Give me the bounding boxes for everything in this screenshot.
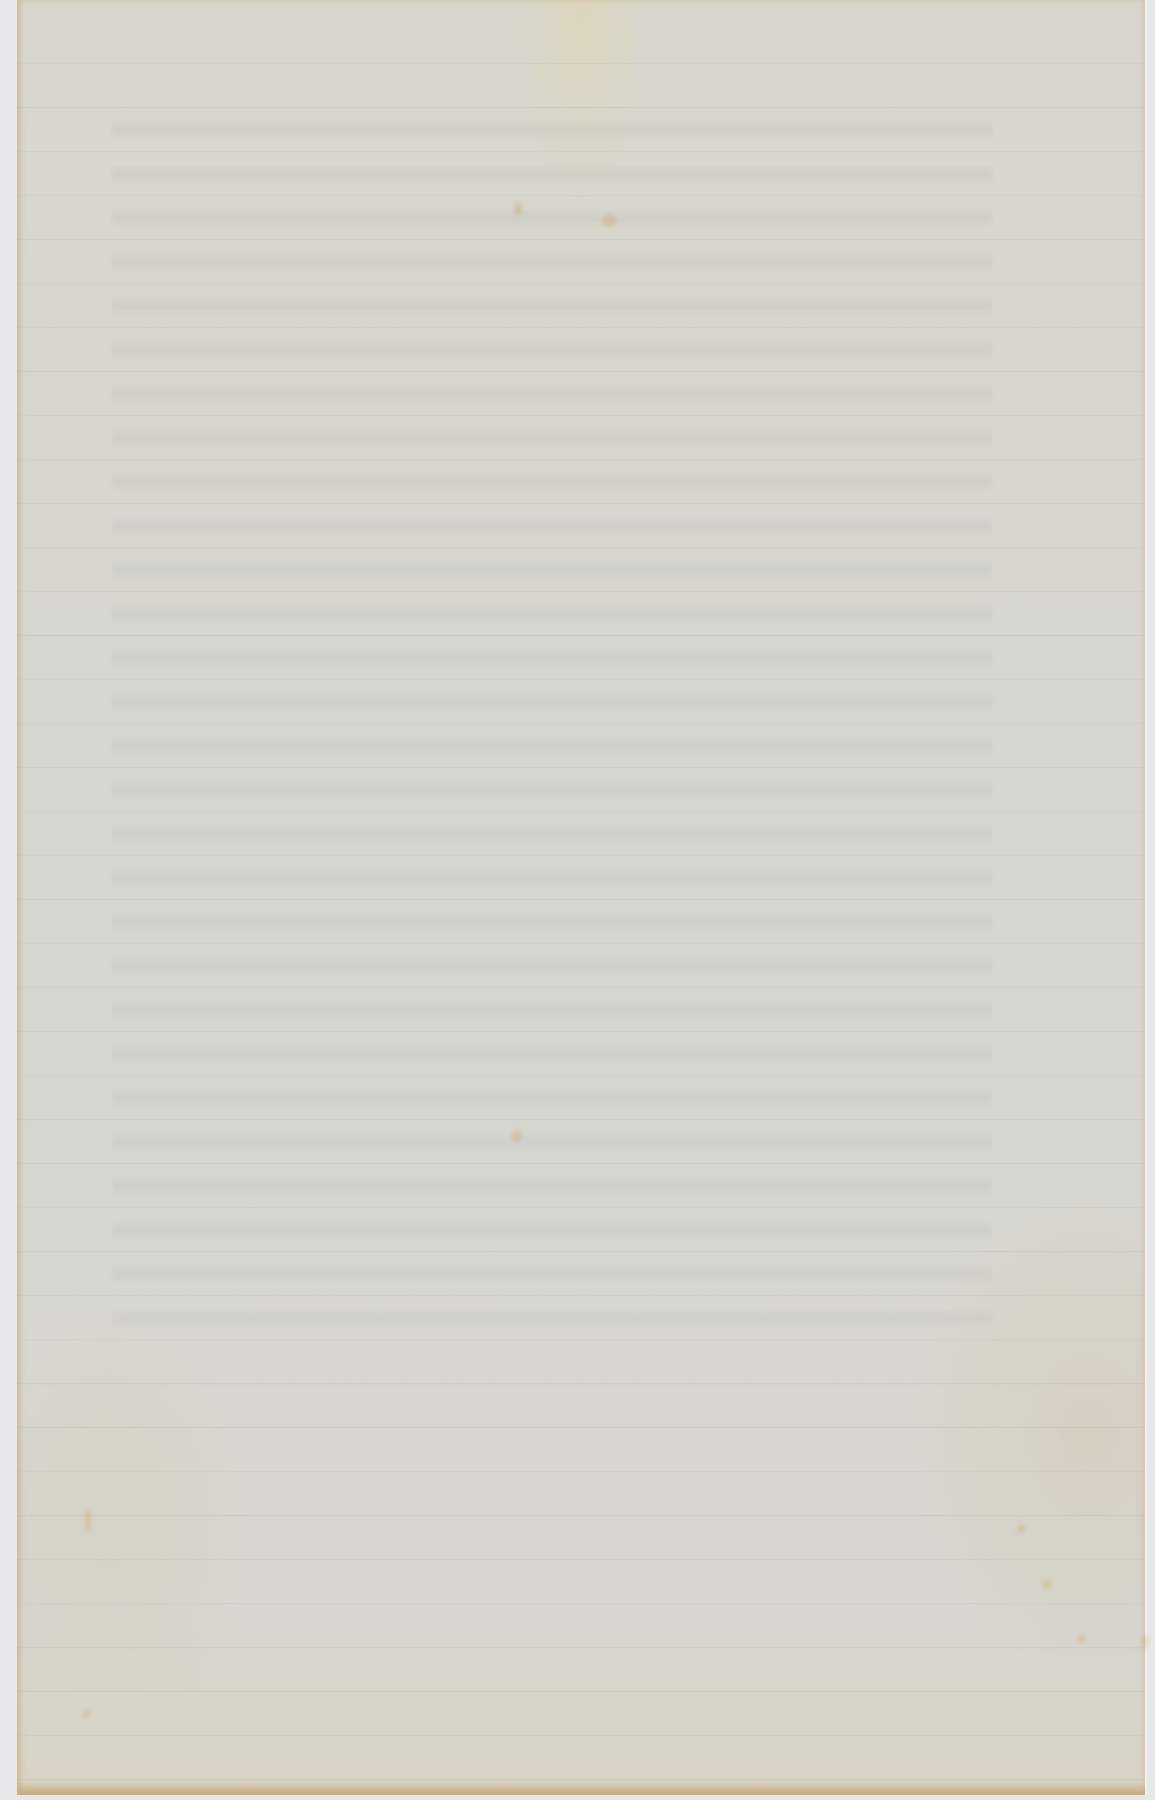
foxing-spot: [1077, 1635, 1086, 1643]
foxing-spot: [1017, 1525, 1025, 1533]
foxing-spot: [85, 1510, 91, 1532]
foxing-spot: [514, 202, 522, 216]
foxing-spot: [1042, 1580, 1052, 1589]
foxing-spot: [512, 1130, 522, 1142]
paper-sheet: [17, 0, 1147, 1795]
edge-yellowing: [17, 1781, 1145, 1795]
bleed-through-text: [112, 95, 992, 1345]
foxing-spot: [82, 1710, 90, 1718]
foxing-spot: [1142, 1635, 1148, 1649]
foxing-spot: [602, 215, 616, 227]
